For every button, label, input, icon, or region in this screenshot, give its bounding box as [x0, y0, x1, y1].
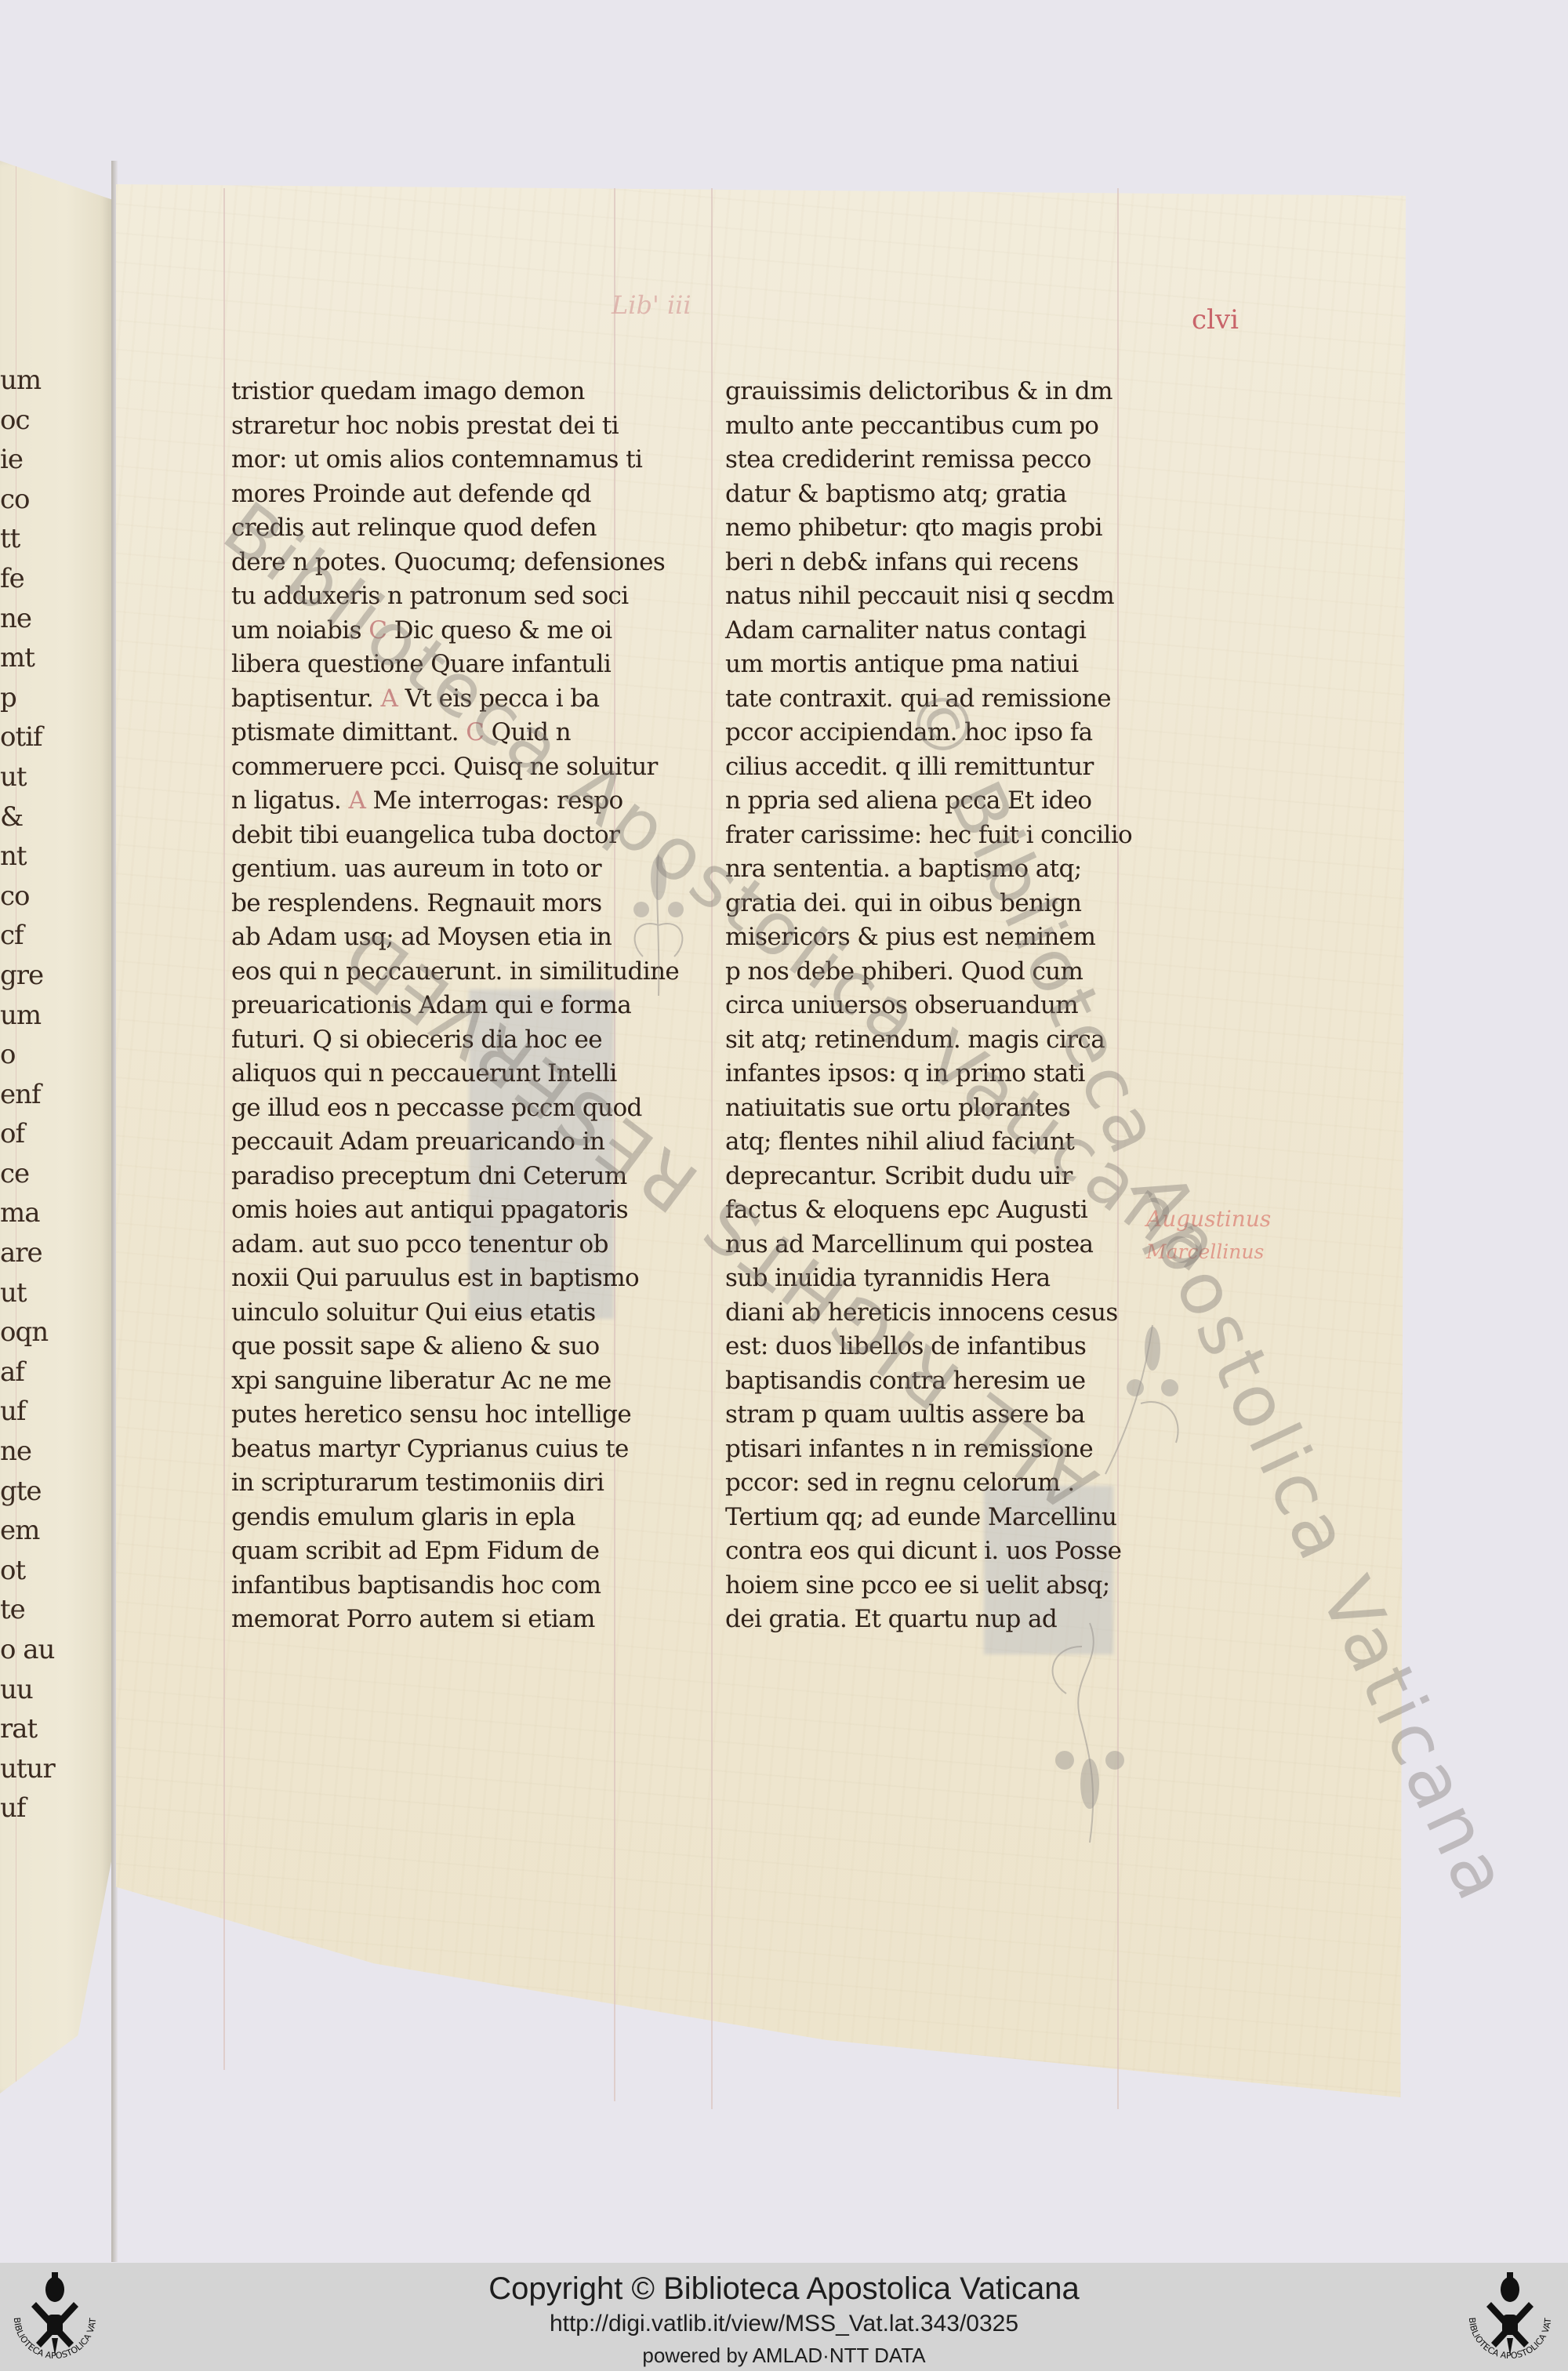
line-text: stea crediderint remissa pecco — [725, 445, 1091, 474]
line-text: paradiso preceptum dni Ceterum — [231, 1162, 627, 1190]
manuscript-line: putes heretico sensu hoc intellige — [231, 1398, 623, 1432]
left-page-fragment: um — [0, 996, 110, 1036]
line-text: gendis emulum glaris in epla — [231, 1503, 575, 1531]
line-text: beatus martyr Cyprianus cuius te — [231, 1435, 629, 1463]
line-text: hoiem sine pcco ee si uelit absq; — [725, 1571, 1110, 1599]
manuscript-line: quam scribit ad Epm Fidum de — [231, 1534, 623, 1569]
line-text: beri n deb& infans qui recens — [725, 548, 1079, 576]
running-head: Lib' iii — [612, 290, 691, 320]
line-text: cilius accedit. q illi remittuntur — [725, 753, 1094, 781]
manuscript-line: paradiso preceptum dni Ceterum — [231, 1160, 623, 1194]
left-page-fragment: gre — [0, 956, 110, 996]
left-page-fragment: are — [0, 1233, 110, 1273]
line-text: straretur hoc nobis prestat dei ti — [231, 412, 619, 440]
manuscript-line: hoiem sine pcco ee si uelit absq; — [725, 1569, 1133, 1603]
left-page-fragment: ce — [0, 1154, 110, 1194]
line-text: multo ante peccantibus cum po — [725, 412, 1098, 440]
manuscript-line: multo ante peccantibus cum po — [725, 409, 1133, 444]
left-page-fragment: nt — [0, 837, 110, 877]
left-page-fragment: um — [0, 361, 110, 401]
manuscript-line: nra sententia. a baptismo atq; — [725, 852, 1133, 887]
manuscript-line: mores Proinde aut defende qd — [231, 477, 623, 512]
line-text: debit tibi euangelica tuba doctor — [231, 821, 619, 849]
line-text: nemo phibetur: qto magis probi — [725, 514, 1102, 542]
left-page-fragment: uf — [0, 1788, 110, 1828]
left-page-fragment: otif — [0, 717, 110, 757]
line-text: omis hoies aut antiqui ppagatoris — [231, 1196, 628, 1224]
left-page-fragment: te — [0, 1590, 110, 1630]
line-text: Adam carnaliter natus contagi — [725, 616, 1086, 644]
left-page-fragment: mt — [0, 638, 110, 678]
left-page-text: umociecottfenemtpotifut&ntcocfgreumoenfo… — [0, 361, 110, 1828]
left-page-fragment: utur — [0, 1749, 110, 1789]
left-page-fragment: of — [0, 1114, 110, 1154]
line-text: in scripturarum testimoniis diri — [231, 1469, 604, 1497]
manuscript-line: infantibus baptisandis hoc com — [231, 1569, 623, 1603]
line-text: natus nihil peccauit nisi q secdm — [725, 582, 1114, 610]
manuscript-line: adam. aut suo pcco tenentur ob — [231, 1228, 623, 1262]
line-text: frater carissime: hec fuit i concilio — [725, 821, 1132, 849]
manuscript-line: contra eos qui dicunt i. uos Posse — [725, 1534, 1133, 1569]
left-page-fragment: ut — [0, 1273, 110, 1313]
ruling-line — [223, 188, 225, 2070]
rubric-initial: A — [348, 786, 365, 815]
left-page-fragment: oqn — [0, 1313, 110, 1353]
left-page-fragment: uu — [0, 1670, 110, 1710]
ruling-line — [711, 188, 713, 2109]
left-page-fragment: cf — [0, 916, 110, 956]
manuscript-line: beri n deb& infans qui recens — [725, 546, 1133, 580]
permalink-url[interactable]: http://digi.vatlib.it/view/MSS_Vat.lat.3… — [0, 2310, 1568, 2338]
left-page-fragment: ot — [0, 1551, 110, 1591]
manuscript-line: natus nihil peccauit nisi q secdm — [725, 579, 1133, 614]
manuscript-line: datur & baptismo atq; gratia — [725, 477, 1133, 512]
line-text: grauissimis delictoribus & in dm — [725, 377, 1112, 405]
left-page-fragment: ne — [0, 1432, 110, 1472]
manuscript-line: um mortis antique pma natiui — [725, 648, 1133, 682]
left-page-fragment: ie — [0, 440, 110, 480]
line-text: gentium. uas aureum in toto or — [231, 855, 601, 883]
manuscript-viewer[interactable]: umociecottfenemtpotifut&ntcocfgreumoenfo… — [0, 0, 1568, 2263]
line-text: xpi sanguine liberatur Ac ne me — [231, 1367, 612, 1395]
left-page-fragment: gte — [0, 1472, 110, 1512]
folio-number: clvi — [1192, 304, 1239, 336]
left-page-fragment: af — [0, 1353, 110, 1392]
line-text: putes heretico sensu hoc intellige — [231, 1400, 631, 1429]
manuscript-line: que possit sape & alieno & suo — [231, 1330, 623, 1364]
left-page-fragment: enf — [0, 1075, 110, 1115]
line-text: tristior quedam imago demon — [231, 377, 585, 405]
line-text: memorat Porro autem si etiam — [231, 1605, 595, 1633]
line-text: noxii Qui paruulus est in baptismo — [231, 1264, 639, 1292]
manuscript-line: straretur hoc nobis prestat dei ti — [231, 409, 623, 444]
left-page-fragment: em — [0, 1511, 110, 1551]
manuscript-line: Adam carnaliter natus contagi — [725, 614, 1133, 648]
line-text: baptisentur. — [231, 684, 373, 713]
manuscript-line: stea crediderint remissa pecco — [725, 443, 1133, 477]
line-text: mores Proinde aut defende qd — [231, 480, 591, 508]
line-text: deprecantur. Scribit dudu uir — [725, 1162, 1073, 1190]
left-page-fragment: oc — [0, 401, 110, 441]
left-page-fragment: ne — [0, 599, 110, 639]
manuscript-line: mor: ut omis alios contemnamus ti — [231, 443, 623, 477]
manuscript-line: be resplendens. Regnauit mors — [231, 887, 623, 921]
line-text: ptismate dimittant. — [231, 718, 459, 746]
left-page-fragment: o — [0, 1035, 110, 1075]
manuscript-line: beatus martyr Cyprianus cuius te — [231, 1432, 623, 1467]
manuscript-line: grauissimis delictoribus & in dm — [725, 375, 1133, 409]
left-page-fragment: p — [0, 678, 110, 718]
manuscript-line: memorat Porro autem si etiam — [231, 1603, 623, 1637]
line-text: mor: ut omis alios contemnamus ti — [231, 445, 642, 474]
manuscript-line: xpi sanguine liberatur Ac ne me — [231, 1364, 623, 1399]
footer-bar: BIBLIOTECA APOSTOLICA VATICANA Copyright… — [0, 2263, 1568, 2371]
powered-by-credit: powered by AMLAD·NTT DATA — [0, 2344, 1568, 2367]
manuscript-line: noxii Qui paruulus est in baptismo — [231, 1262, 623, 1296]
left-page-fragment: ut — [0, 757, 110, 797]
left-page-fragment: rat — [0, 1709, 110, 1749]
manuscript-line: tristior quedam imago demon — [231, 375, 623, 409]
line-text: quam scribit ad Epm Fidum de — [231, 1537, 599, 1565]
left-page-fragment: uf — [0, 1392, 110, 1432]
manuscript-line: in scripturarum testimoniis diri — [231, 1466, 623, 1501]
line-text: datur & baptismo atq; gratia — [725, 480, 1067, 508]
line-text: n ppria sed aliena pcca Et ideo — [725, 786, 1092, 815]
left-page-fragment: fe — [0, 559, 110, 599]
manuscript-line: omis hoies aut antiqui ppagatoris — [231, 1193, 623, 1228]
left-page-fragment: co — [0, 877, 110, 917]
copyright-notice: Copyright © Biblioteca Apostolica Vatica… — [0, 2271, 1568, 2307]
left-page-fragment: ma — [0, 1193, 110, 1233]
manuscript-line: debit tibi euangelica tuba doctor — [231, 819, 623, 853]
left-page-fragment: & — [0, 797, 110, 837]
line-text: be resplendens. Regnauit mors — [231, 889, 602, 917]
manuscript-line: nemo phibetur: qto magis probi — [725, 511, 1133, 546]
left-page-fragment: co — [0, 480, 110, 520]
line-text: uinculo soluitur Qui eius etatis — [231, 1298, 596, 1327]
line-text: contra eos qui dicunt i. uos Posse — [725, 1537, 1121, 1565]
left-page-fragment: tt — [0, 519, 110, 559]
manuscript-line: gentium. uas aureum in toto or — [231, 852, 623, 887]
manuscript-line: uinculo soluitur Qui eius etatis — [231, 1296, 623, 1331]
floral-flourish-icon — [1035, 1615, 1145, 1850]
manuscript-line: gendis emulum glaris in epla — [231, 1501, 623, 1535]
left-page-edge: umociecottfenemtpotifut&ntcocfgreumoenfo… — [0, 161, 111, 2093]
left-page-fragment: o au — [0, 1630, 110, 1670]
vatican-library-seal-icon: BIBLIOTECA APOSTOLICA VATICANA — [1460, 2268, 1560, 2368]
line-text: infantibus baptisandis hoc com — [231, 1571, 601, 1599]
line-text: adam. aut suo pcco tenentur ob — [231, 1230, 608, 1258]
line-text: dei gratia. Et quartu nup ad — [725, 1605, 1057, 1633]
manuscript-line: frater carissime: hec fuit i concilio — [725, 819, 1133, 853]
line-text: que possit sape & alieno & suo — [231, 1332, 600, 1360]
line-text: um mortis antique pma natiui — [725, 650, 1079, 678]
line-text: n ligatus. — [231, 786, 341, 815]
